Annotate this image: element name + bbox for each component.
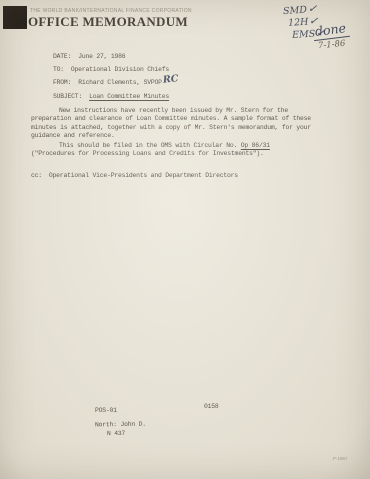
memo-body-paragraph-1: New instructions have recently been issu… (31, 107, 312, 141)
handwritten-date: 7-1-86 (318, 39, 346, 51)
field-from: FROM:Richard Clements, SVPOP (53, 79, 162, 86)
footer-room-number: N 437 (107, 430, 125, 437)
paragraph-2-continuation: ("Procedures for Processing Loans and Cr… (31, 150, 264, 157)
subject-value: Loan Committee Minutes (89, 93, 169, 100)
subject-label: SUBJECT: (53, 93, 82, 100)
from-label: FROM: (53, 79, 71, 86)
footer-routing-name: North: John D. (95, 421, 146, 429)
field-date: DATE:June 27, 1986 (53, 53, 125, 60)
date-label: DATE: (53, 53, 71, 60)
cc-value: Operational Vice-Presidents and Departme… (49, 172, 238, 179)
memo-body-paragraph-2: This should be filed in the OMS with Cir… (31, 142, 312, 159)
scanned-memo-page: THE WORLD BANK/INTERNATIONAL FINANCE COR… (0, 0, 370, 479)
date-value: June 27, 1986 (78, 53, 125, 60)
letterhead-title: OFFICE MEMORANDUM (28, 14, 188, 30)
to-label: TO: (53, 66, 64, 73)
field-to: TO:Operational Division Chiefs (53, 66, 169, 73)
to-value: Operational Division Chiefs (71, 66, 169, 73)
handwritten-from-initials: RC (162, 73, 179, 86)
circular-reference: Op 86/31 (241, 142, 270, 149)
field-subject: SUBJECT:Loan Committee Minutes (53, 93, 169, 100)
from-value: Richard Clements, SVPOP (78, 79, 162, 86)
cc-line: cc:Operational Vice-Presidents and Depar… (31, 172, 238, 179)
footer-code: POS-01 (95, 407, 117, 414)
form-number: P-1867 (333, 456, 348, 461)
cc-label: cc: (31, 172, 42, 179)
footer-stamp-number: 0158 (204, 403, 219, 410)
archive-marker-square (3, 6, 27, 29)
paragraph-2-text: This should be filed in the OMS with Cir… (59, 142, 241, 149)
